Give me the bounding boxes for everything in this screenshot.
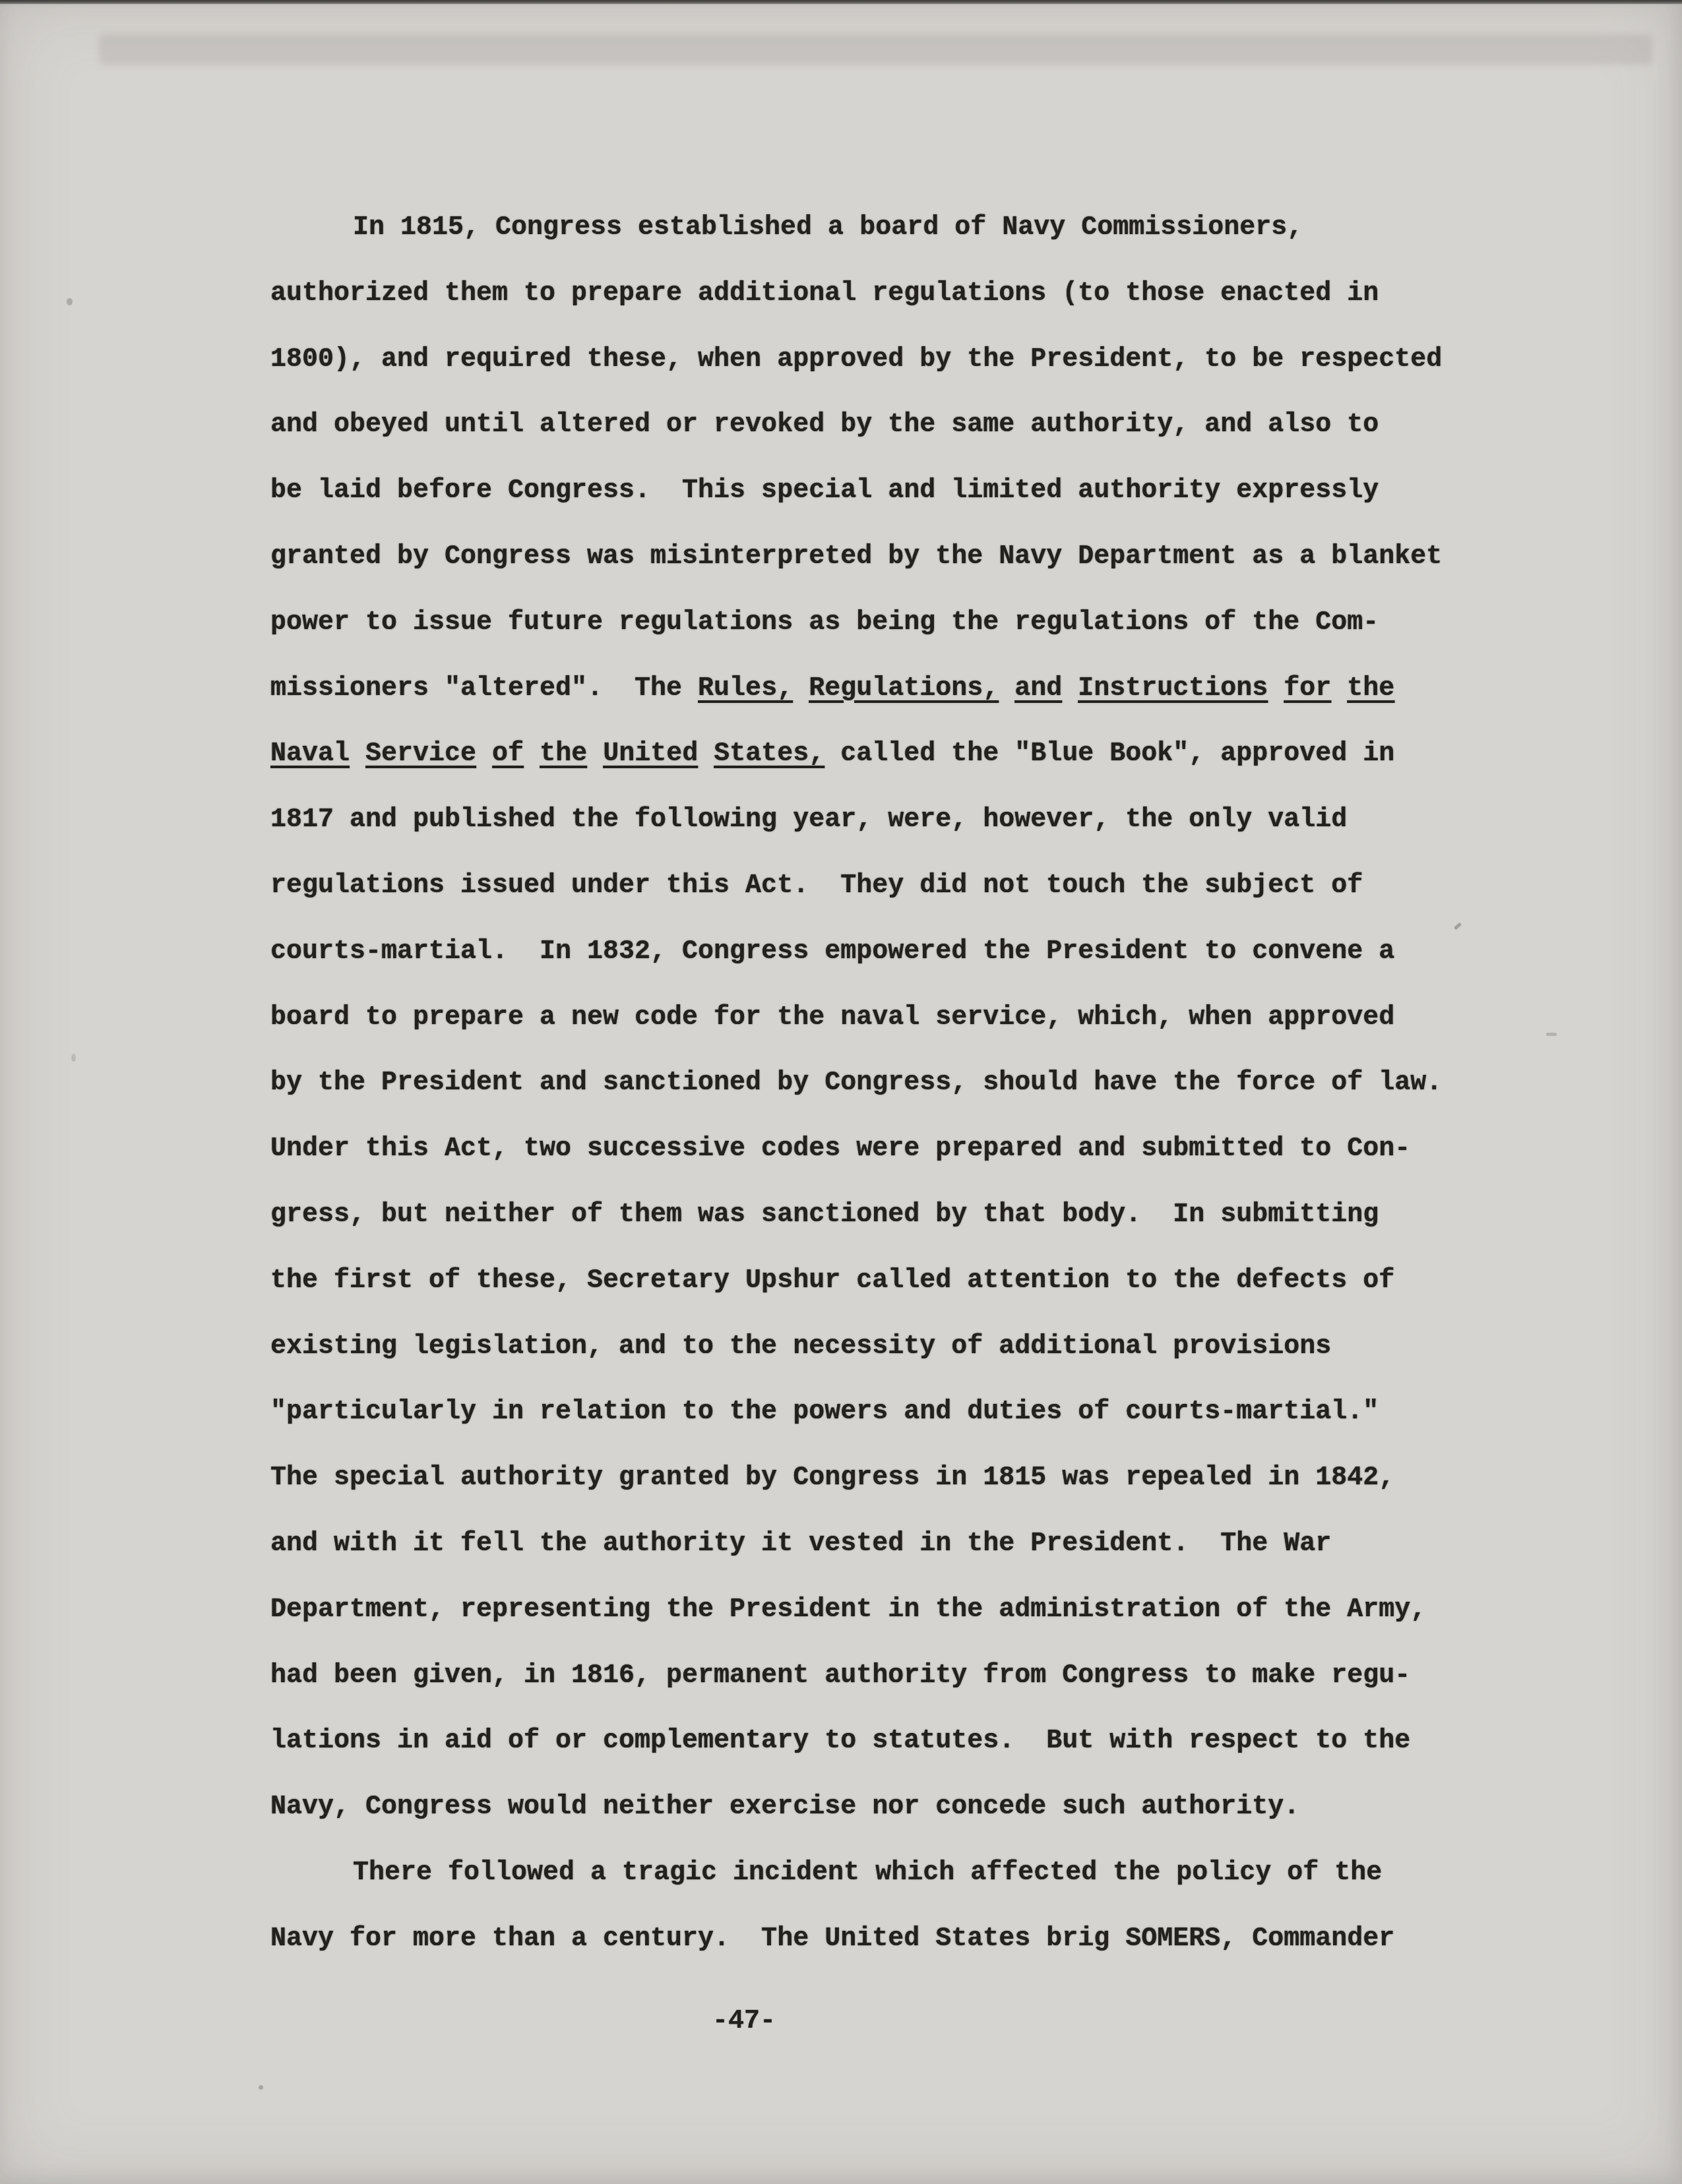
text-segment [698, 739, 714, 769]
underlined-text-segment: for [1284, 674, 1331, 704]
text-segment: Navy, Congress would neither exercise no… [270, 1792, 1299, 1822]
text-line: Navy for more than a century. The United… [270, 1906, 1471, 1972]
text-segment: In 1815, Congress established a board of… [353, 213, 1303, 243]
text-segment: had been given, in 1816, permanent autho… [270, 1661, 1410, 1691]
text-segment: existing legislation, and to the necessi… [270, 1332, 1331, 1362]
text-segment: courts-martial. In 1832, Congress empowe… [270, 937, 1394, 967]
document-body: In 1815, Congress established a board of… [270, 195, 1471, 1972]
document-page: In 1815, Congress established a board of… [0, 0, 1682, 2184]
underlined-text-segment: Regulations, [809, 674, 999, 704]
text-segment: regulations issued under this Act. They … [270, 871, 1363, 901]
underlined-text-segment: Rules, [698, 674, 793, 704]
text-line: existing legislation, and to the necessi… [270, 1314, 1471, 1380]
underlined-text-segment: the [540, 739, 587, 769]
text-line: There followed a tragic incident which a… [270, 1840, 1471, 1906]
text-segment: 1817 and published the following year, w… [270, 805, 1347, 835]
text-segment [1331, 674, 1347, 704]
text-segment: gress, but neither of them was sanctione… [270, 1200, 1379, 1230]
text-segment: called the "Blue Book", approved in [825, 739, 1394, 769]
underlined-text-segment: Instructions [1078, 674, 1268, 704]
ink-speck [1546, 1033, 1557, 1036]
text-line: power to issue future regulations as bei… [270, 590, 1471, 656]
text-segment: missioners "altered". The [270, 674, 698, 704]
text-line: In 1815, Congress established a board of… [270, 195, 1471, 261]
text-segment [476, 739, 492, 769]
text-line: "particularly in relation to the powers … [270, 1380, 1471, 1445]
text-segment: 1800), and required these, when approved… [270, 345, 1442, 375]
underlined-text-segment: States, [714, 739, 825, 769]
text-line: board to prepare a new code for the nava… [270, 985, 1471, 1051]
underlined-text-segment: Naval [270, 739, 350, 769]
ink-speck [71, 1054, 76, 1062]
text-segment: the first of these, Secretary Upshur cal… [270, 1266, 1394, 1296]
underlined-text-segment: and [1014, 674, 1062, 704]
text-segment: Department, representing the President i… [270, 1595, 1426, 1625]
text-segment [999, 674, 1014, 704]
underlined-text-segment: the [1347, 674, 1394, 704]
text-segment: Under this Act, two successive codes wer… [270, 1134, 1410, 1164]
text-segment [1062, 674, 1078, 704]
text-line: be laid before Congress. This special an… [270, 458, 1471, 524]
text-segment: be laid before Congress. This special an… [270, 476, 1379, 506]
text-line: gress, but neither of them was sanctione… [270, 1182, 1471, 1248]
text-line: had been given, in 1816, permanent autho… [270, 1643, 1471, 1709]
text-segment: authorized them to prepare additional re… [270, 279, 1379, 309]
text-segment: and with it fell the authority it vested… [270, 1529, 1331, 1559]
underlined-text-segment: Service [365, 739, 476, 769]
text-line: courts-martial. In 1832, Congress empowe… [270, 919, 1471, 985]
text-line: and obeyed until altered or revoked by t… [270, 392, 1471, 458]
text-line: Department, representing the President i… [270, 1577, 1471, 1643]
scan-toner-band-artifact [99, 34, 1652, 65]
text-segment: power to issue future regulations as bei… [270, 608, 1379, 638]
text-line: 1800), and required these, when approved… [270, 327, 1471, 393]
text-line: Naval Service of the United States, call… [270, 721, 1471, 787]
text-segment [524, 739, 540, 769]
text-segment: board to prepare a new code for the nava… [270, 1003, 1394, 1033]
text-line: lations in aid of or complementary to st… [270, 1709, 1471, 1774]
text-line: missioners "altered". The Rules, Regulat… [270, 656, 1471, 722]
text-segment [587, 739, 603, 769]
text-line: 1817 and published the following year, w… [270, 787, 1471, 853]
text-line: Navy, Congress would neither exercise no… [270, 1774, 1471, 1840]
text-line: authorized them to prepare additional re… [270, 261, 1471, 327]
text-segment: "particularly in relation to the powers … [270, 1397, 1379, 1427]
ink-speck [259, 2085, 263, 2090]
text-line: granted by Congress was misinterpreted b… [270, 524, 1471, 590]
text-line: the first of these, Secretary Upshur cal… [270, 1248, 1471, 1314]
text-segment: granted by Congress was misinterpreted b… [270, 542, 1442, 572]
underlined-text-segment: United [603, 739, 698, 769]
text-segment: There followed a tragic incident which a… [353, 1858, 1382, 1888]
underlined-text-segment: of [492, 739, 524, 769]
text-segment: Navy for more than a century. The United… [270, 1924, 1394, 1954]
text-line: The special authority granted by Congres… [270, 1445, 1471, 1511]
text-segment [350, 739, 365, 769]
text-line: by the President and sanctioned by Congr… [270, 1050, 1471, 1116]
text-line: Under this Act, two successive codes wer… [270, 1116, 1471, 1182]
ink-speck [67, 298, 73, 305]
text-segment: and obeyed until altered or revoked by t… [270, 410, 1379, 440]
text-segment: by the President and sanctioned by Congr… [270, 1068, 1442, 1098]
text-segment: The special authority granted by Congres… [270, 1463, 1394, 1493]
text-line: and with it fell the authority it vested… [270, 1511, 1471, 1577]
text-segment: lations in aid of or complementary to st… [270, 1726, 1410, 1756]
text-segment [793, 674, 809, 704]
text-segment [1268, 674, 1284, 704]
page-number: -47- [712, 2006, 776, 2038]
text-line: regulations issued under this Act. They … [270, 853, 1471, 919]
scan-top-edge-artifact [0, 0, 1682, 5]
